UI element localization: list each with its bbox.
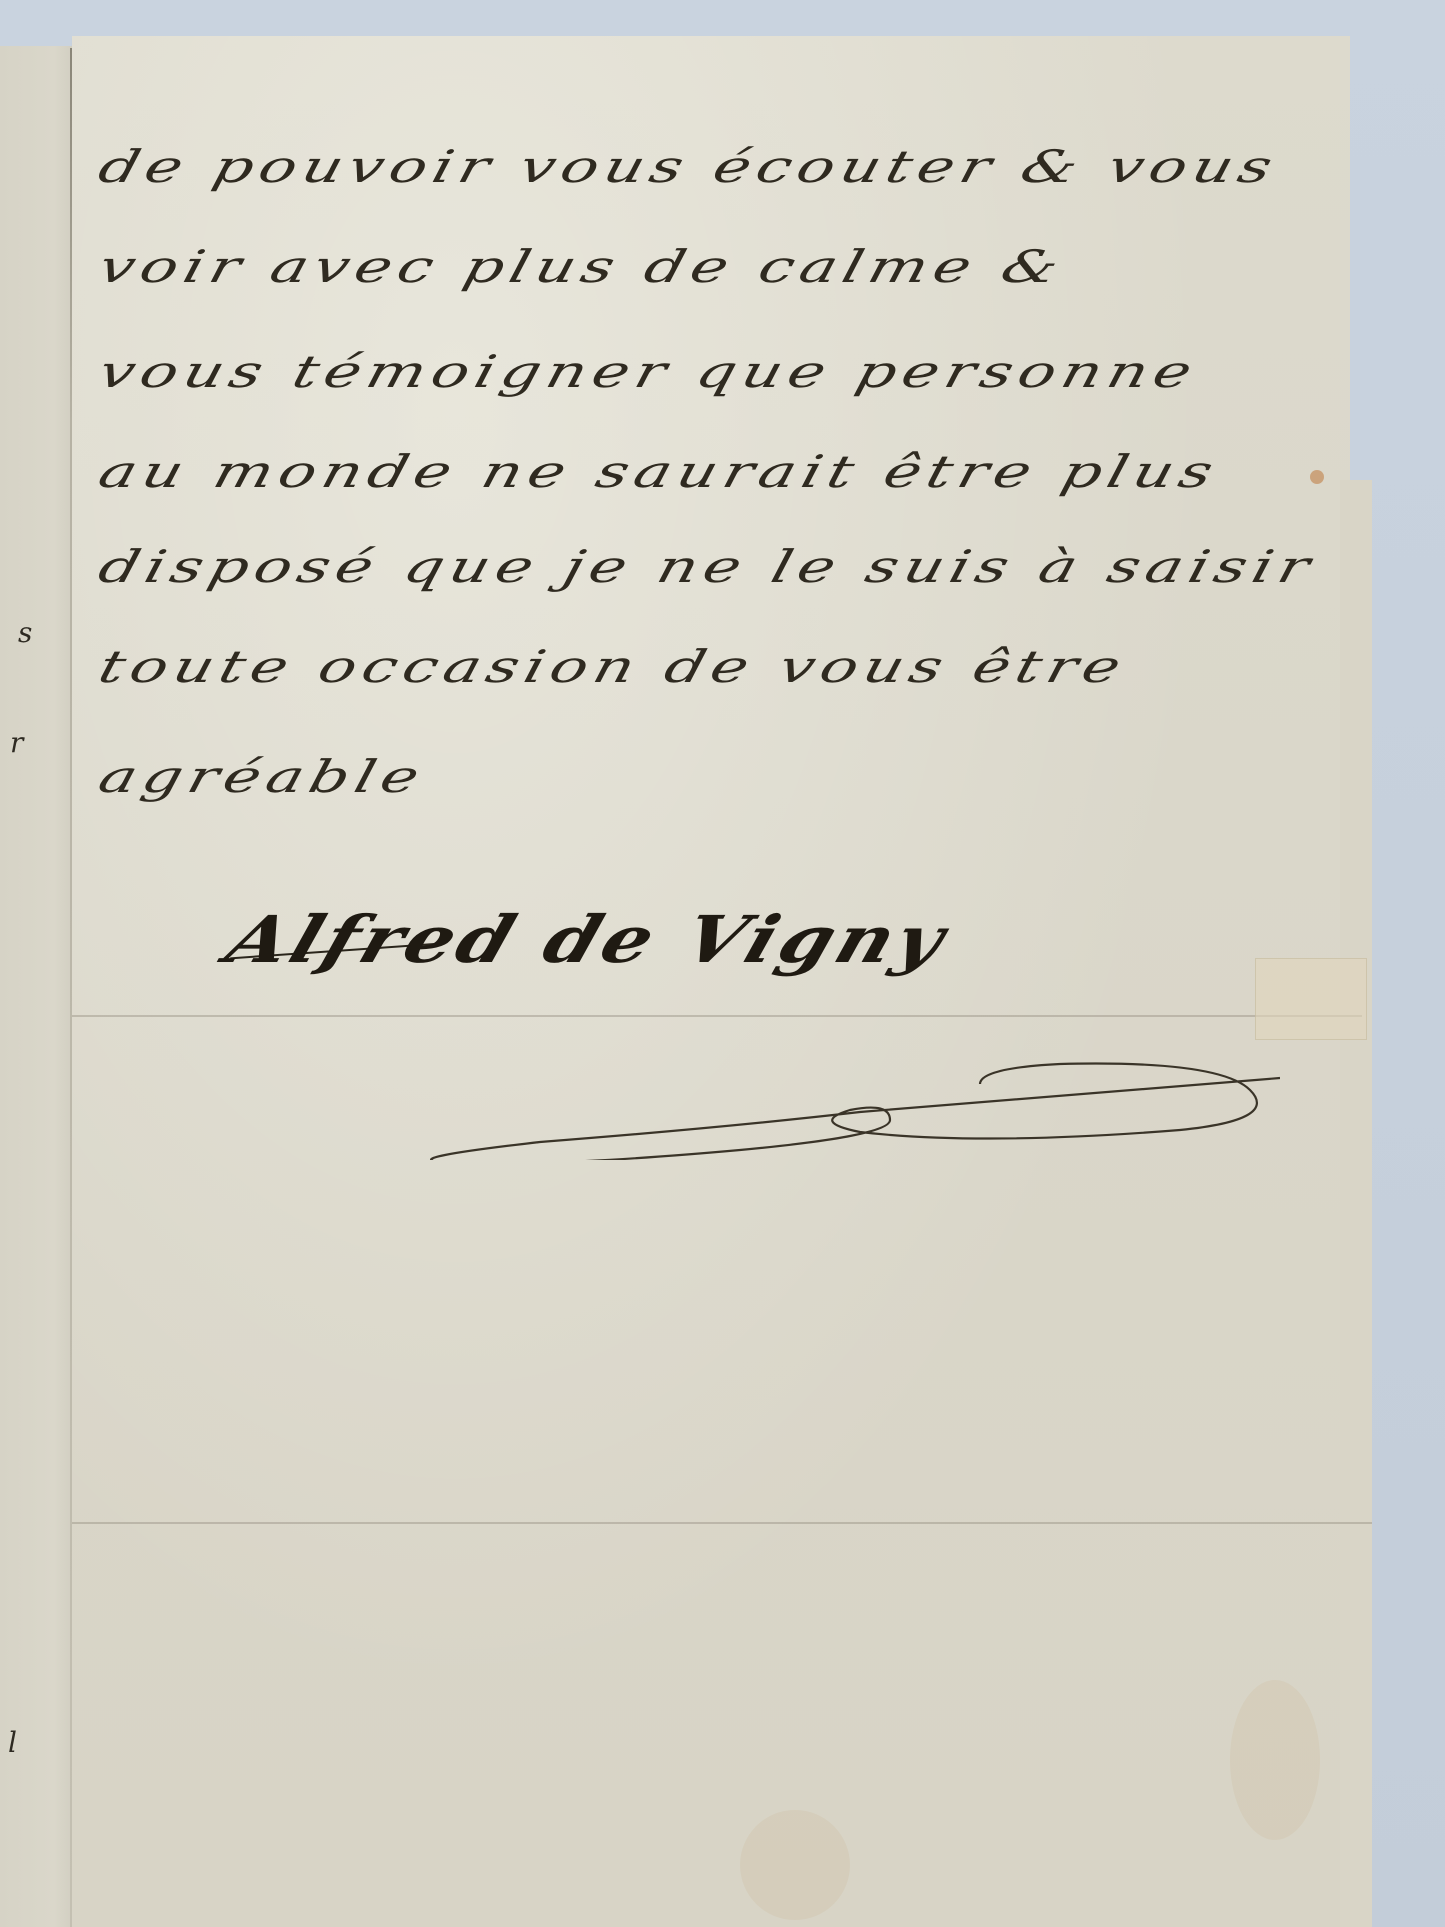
letter-sheet bbox=[72, 36, 1350, 1927]
signature: Alfred de Vigny bbox=[218, 902, 958, 978]
left-page-fragment: s bbox=[18, 616, 32, 649]
letter-line: au monde ne saurait être plus bbox=[93, 445, 1224, 498]
stain bbox=[740, 1810, 850, 1920]
left-page-fragment: l bbox=[8, 1726, 17, 1759]
sheet-right-edge bbox=[1340, 480, 1372, 1927]
letter-line: agréable bbox=[93, 750, 430, 803]
stain bbox=[1230, 1680, 1320, 1840]
tape-mark bbox=[1255, 958, 1367, 1040]
vertical-fold-line bbox=[70, 48, 72, 1927]
left-page-fragment: r bbox=[10, 726, 23, 759]
letter-line: toute occasion de vous être bbox=[93, 640, 1132, 693]
letter-line: disposé que je ne le suis à saisir bbox=[93, 540, 1321, 593]
letter-line: de pouvoir vous écouter & vous bbox=[93, 140, 1283, 193]
foxing-spot bbox=[1310, 470, 1324, 484]
photo-scene: s r l de pouvoir vous écouter & vous voi… bbox=[0, 0, 1445, 1927]
left-facing-page: s r l bbox=[0, 46, 78, 1927]
horizontal-fold-line bbox=[72, 1522, 1372, 1524]
signature-flourish-icon bbox=[420, 1050, 1280, 1160]
letter-line: vous témoigner que personne bbox=[93, 345, 1203, 398]
letter-line: voir avec plus de calme & bbox=[93, 240, 1070, 293]
horizontal-fold-line bbox=[72, 1015, 1362, 1017]
